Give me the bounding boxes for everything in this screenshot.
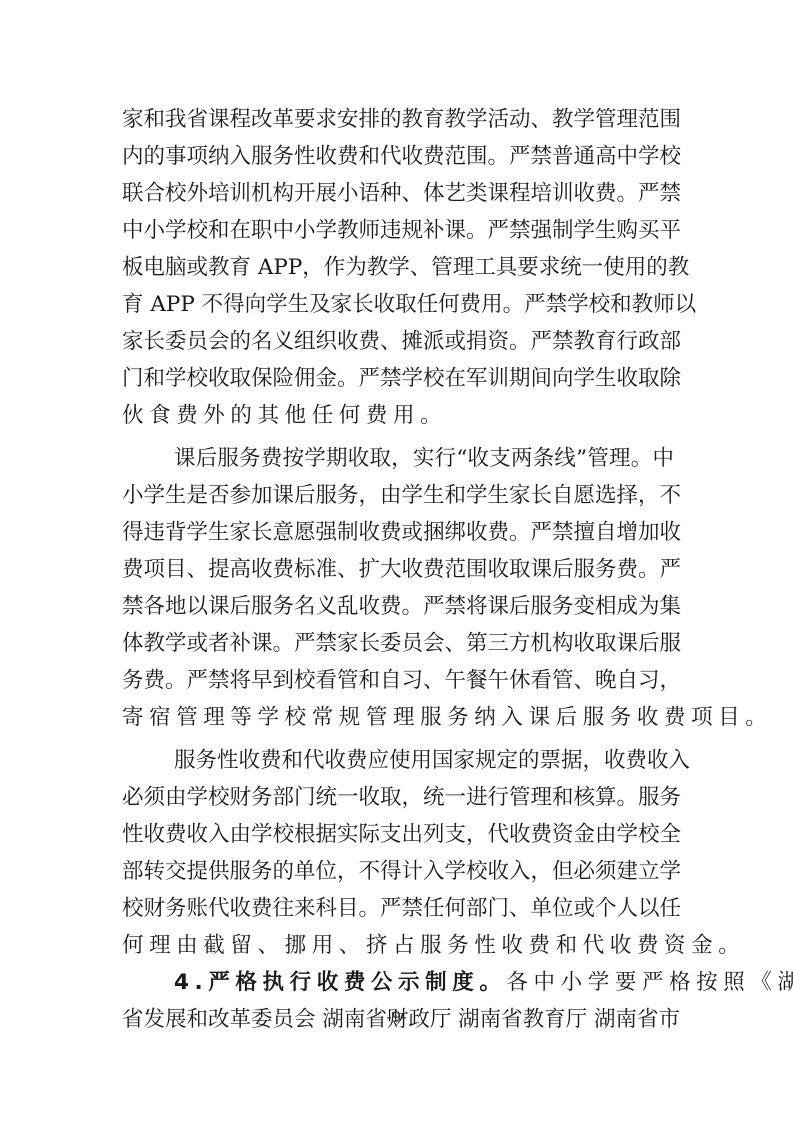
page-number: -9- xyxy=(0,1008,793,1026)
text-line: 禁各地以课后服务名义乱收费。严禁将课后服务变相成为集 xyxy=(122,588,674,625)
text-line: 务费。严禁将早到校看管和自习、午餐午休看管、晚自习， xyxy=(122,662,674,699)
text-line: 家长委员会的名义组织收费、摊派或捐资。严禁教育行政部 xyxy=(122,323,674,360)
text-line: 伙食费外的其他任何费用。 xyxy=(122,397,674,434)
heading-continuation: 各中小学要严格按照《湖南 xyxy=(506,970,793,995)
text-line: 门和学校收取保险佣金。严禁学校在军训期间向学生收取除 xyxy=(122,360,674,397)
document-page: 家和我省课程改革要求安排的教育教学活动、教学管理范围 内的事项纳入服务性收费和代… xyxy=(0,0,793,1122)
paragraph-fee-scope: 家和我省课程改革要求安排的教育教学活动、教学管理范围 内的事项纳入服务性收费和代… xyxy=(122,101,674,434)
document-body: 家和我省课程改革要求安排的教育教学活动、教学管理范围 内的事项纳入服务性收费和代… xyxy=(122,101,674,1038)
section-heading: 4.严格执行收费公示制度。 xyxy=(174,970,506,995)
text-line: 服务性收费和代收费应使用国家规定的票据，收费收入 xyxy=(122,742,674,779)
text-line: 板电脑或教育 APP，作为教学、管理工具要求统一使用的教 xyxy=(122,249,674,286)
text-line: 4.严格执行收费公示制度。各中小学要严格按照《湖南 xyxy=(122,964,674,1001)
text-line: 体教学或者补课。严禁家长委员会、第三方机构收取课后服 xyxy=(122,625,674,662)
text-line: 必须由学校财务部门统一收取，统一进行管理和核算。服务 xyxy=(122,779,674,816)
text-line: 家和我省课程改革要求安排的教育教学活动、教学管理范围 xyxy=(122,101,674,138)
text-line: 何理由截留、挪用、挤占服务性收费和代收费资金。 xyxy=(122,927,674,964)
text-line: 课后服务费按学期收取，实行“收支两条线”管理。中 xyxy=(122,440,674,477)
text-line: 内的事项纳入服务性收费和代收费范围。严禁普通高中学校 xyxy=(122,138,674,175)
paragraph-fee-disclosure: 4.严格执行收费公示制度。各中小学要严格按照《湖南 省发展和改革委员会 湖南省财… xyxy=(122,964,674,1038)
text-line: 联合校外培训机构开展小语种、体艺类课程培训收费。严禁 xyxy=(122,175,674,212)
text-line: 小学生是否参加课后服务，由学生和学生家长自愿选择，不 xyxy=(122,477,674,514)
text-line: 寄宿管理等学校常规管理服务纳入课后服务收费项目。 xyxy=(122,699,674,736)
text-line: 部转交提供服务的单位，不得计入学校收入，但必须建立学 xyxy=(122,853,674,890)
text-line: 性收费收入由学校根据实际支出列支，代收费资金由学校全 xyxy=(122,816,674,853)
paragraph-receipts-and-accounting: 服务性收费和代收费应使用国家规定的票据，收费收入 必须由学校财务部门统一收取，统… xyxy=(122,742,674,964)
text-line: 育 APP 不得向学生及家长收取任何费用。严禁学校和教师以 xyxy=(122,286,674,323)
text-line: 中小学校和在职中小学教师违规补课。严禁强制学生购买平 xyxy=(122,212,674,249)
paragraph-after-school-service: 课后服务费按学期收取，实行“收支两条线”管理。中 小学生是否参加课后服务，由学生… xyxy=(122,440,674,736)
text-line: 费项目、提高收费标准、扩大收费范围收取课后服务费。严 xyxy=(122,551,674,588)
text-line: 得违背学生家长意愿强制收费或捆绑收费。严禁擅自增加收 xyxy=(122,514,674,551)
text-line: 校财务账代收费往来科目。严禁任何部门、单位或个人以任 xyxy=(122,890,674,927)
